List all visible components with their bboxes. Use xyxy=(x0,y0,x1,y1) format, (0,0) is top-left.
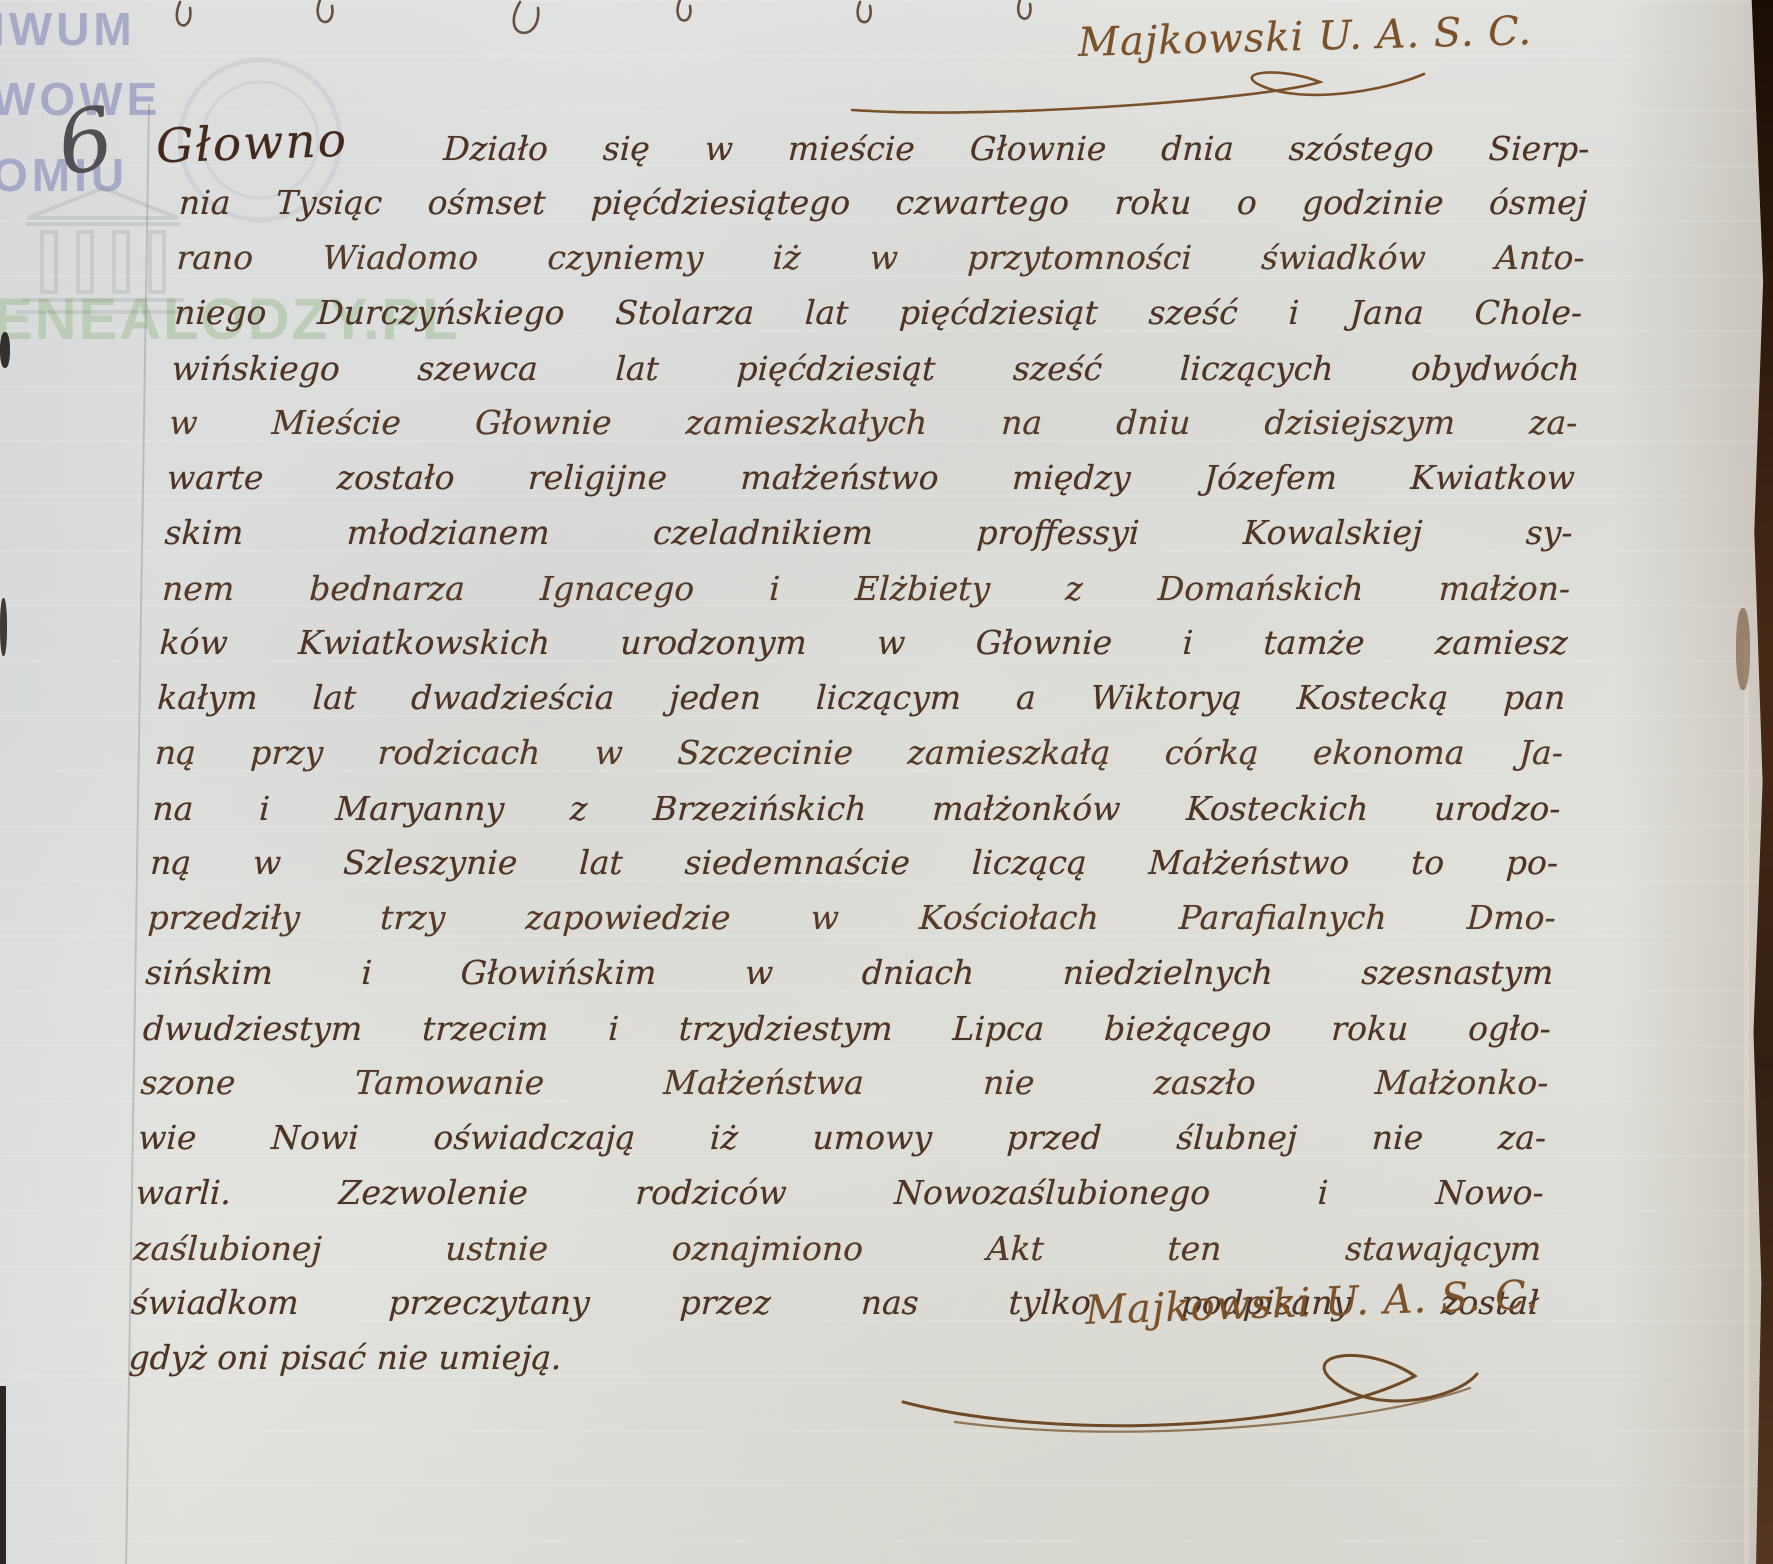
document-scan-page: IWUM WOWE OMIU ENEALODZY.PL xyxy=(0,0,1773,1564)
record-line-8: skim młodzianem czeladnikiem proffessyi … xyxy=(163,505,1573,560)
record-line-15: przedziły trzy zapowiedzie w Kościołach … xyxy=(147,890,1557,945)
record-text-block: Działo się w mieście Głownie dnia szóste… xyxy=(127,120,1590,1385)
archive-watermark-line-1: IWUM xyxy=(0,2,136,56)
edge-speck xyxy=(1736,608,1750,690)
edge-speck xyxy=(0,598,7,656)
record-line-9: nem bednarza Ignacego i Elżbiety z Domań… xyxy=(161,561,1571,616)
book-binding-edge xyxy=(1747,0,1773,1564)
record-line-2: nia Tysiąc ośmset pięćdziesiątego czwart… xyxy=(178,175,1588,230)
previous-record-descenders xyxy=(120,0,1120,40)
record-line-6: w Mieście Głownie zamieszkałych na dniu … xyxy=(168,395,1578,450)
record-line-21: zaślubionej ustnie oznajmiono Akt ten st… xyxy=(132,1221,1542,1276)
record-line-1: Działo się w mieście Głownie dnia szóste… xyxy=(180,121,1590,176)
record-line-19: wie Nowi oświadczają iż umowy przed ślub… xyxy=(137,1110,1547,1165)
registrar-signature-top: Majkowski U. A. S. C. xyxy=(1077,8,1532,66)
record-line-10: ków Kwiatkowskich urodzonym w Głownie i … xyxy=(159,615,1569,670)
record-line-20: warli. Zezwolenie rodziców Nowozaślubion… xyxy=(135,1165,1545,1220)
edge-speck xyxy=(0,1386,6,1564)
record-line-18: szone Tamowanie Małżeństwa nie zaszło Ma… xyxy=(139,1055,1549,1110)
record-line-7: warte zostało religijne małżeństwo międz… xyxy=(166,450,1576,505)
record-line-3: rano Wiadomo czyniemy iż w przytomności … xyxy=(175,230,1585,285)
record-line-14: ną w Szleszynie lat siedemnaście liczącą… xyxy=(149,835,1559,890)
record-line-4: niego Durczyńskiego Stolarza lat pięćdzi… xyxy=(173,285,1583,340)
record-line-13: na i Maryanny z Brzezińskich małżonków K… xyxy=(151,781,1561,836)
record-line-5: wińskiego szewca lat pięćdziesiąt sześć … xyxy=(171,341,1581,396)
record-line-17: dwudziestym trzecim i trzydziestym Lipca… xyxy=(142,1001,1552,1056)
signature-flourish-top xyxy=(850,56,1430,128)
edge-speck xyxy=(0,332,10,368)
record-line-16: sińskim i Głowińskim w dniach niedzielny… xyxy=(144,945,1554,1000)
record-line-23: gdyż oni pisać nie umieją. xyxy=(127,1330,1537,1385)
record-line-11: kałym lat dwadzieścia jeden liczącym a W… xyxy=(156,670,1566,725)
page-edge-sliver xyxy=(1744,640,1749,1564)
record-line-12: ną przy rodzicach w Szczecinie zamieszka… xyxy=(154,725,1564,780)
